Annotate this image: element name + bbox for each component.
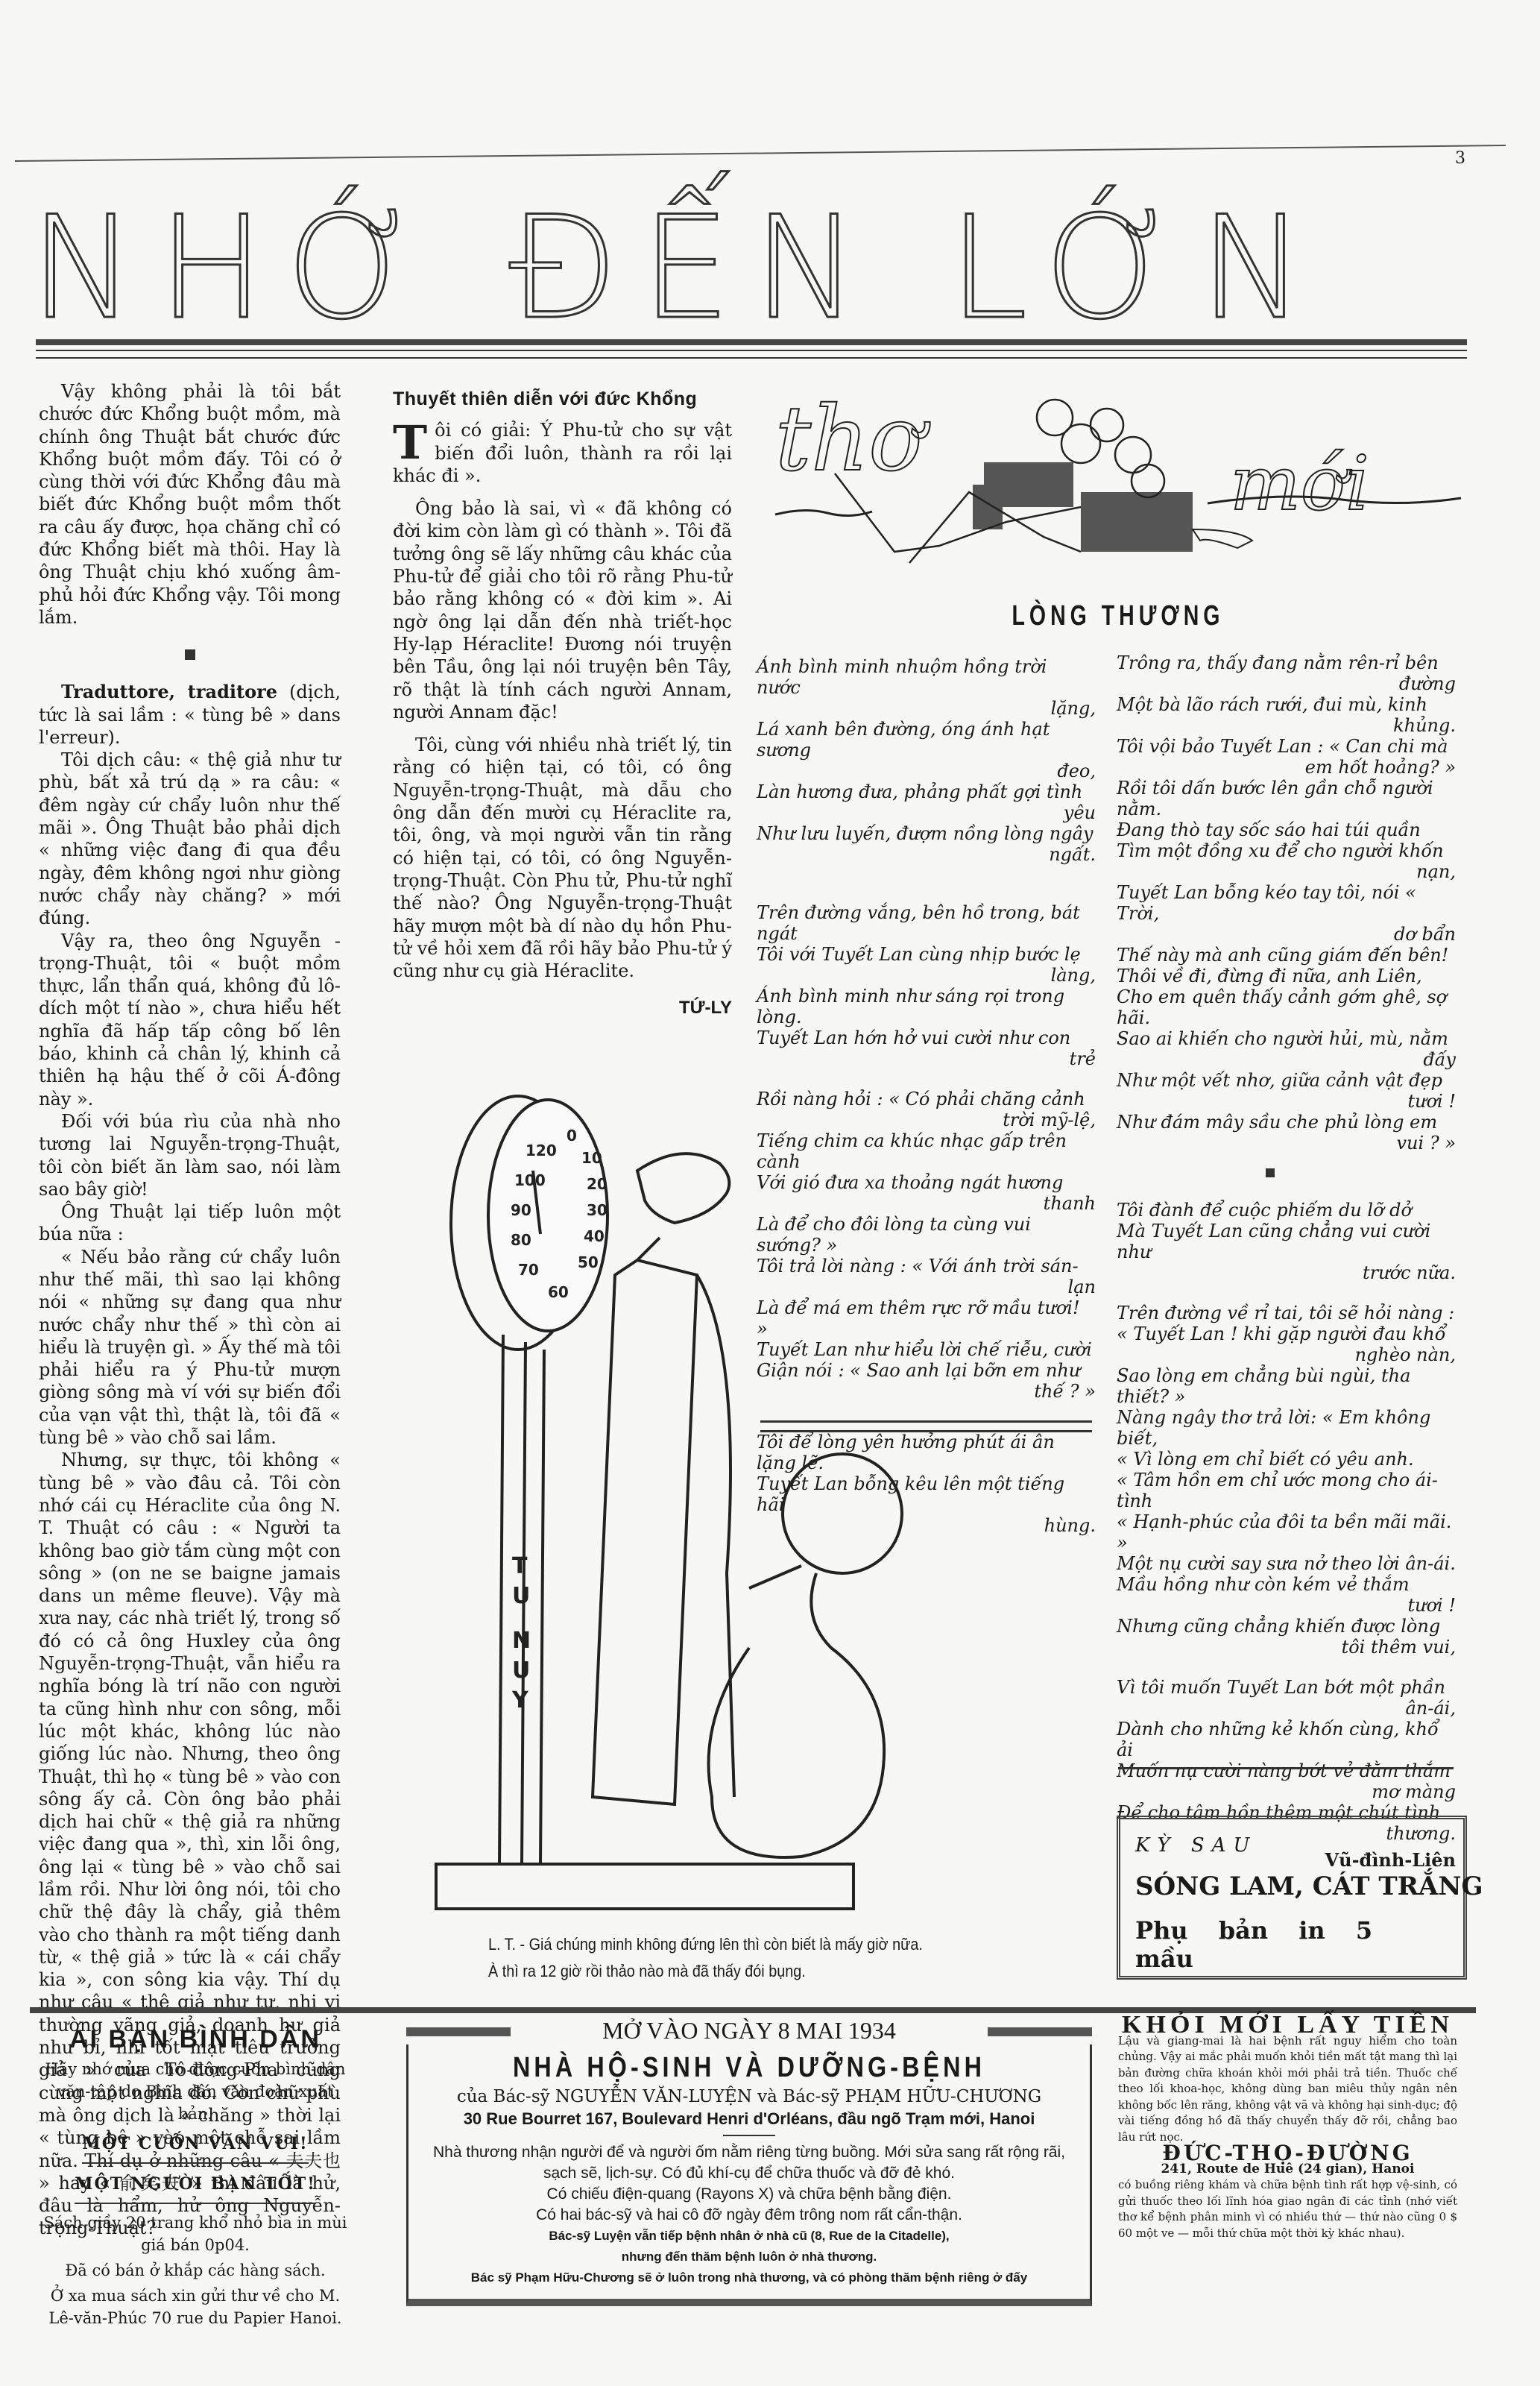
- article-column-1: Vậy không phải là tôi bắt chước đức Khổn…: [39, 380, 341, 2240]
- poem-line: Tôi vội bảo Tuyết Lan : « Can chi mà: [1117, 736, 1456, 757]
- poem-line: Cho em quên thấy cảnh gớm ghê, sợ hãi.: [1117, 986, 1456, 1028]
- poem-line: Tôi với Tuyết Lan cùng nhịp bước lẹ: [757, 944, 1096, 965]
- ad-availability: Đã có bán ở khắp các hàng sách.: [39, 2259, 352, 2282]
- poem-line: Tìm một đồng xu để cho người khốn: [1117, 840, 1456, 861]
- svg-text:10: 10: [581, 1149, 602, 1167]
- drop-cap: T: [393, 424, 427, 462]
- poem-line: Ánh bình minh như sáng rọi trong lòng.: [757, 986, 1096, 1027]
- top-rule: [15, 145, 1506, 162]
- poem-line: Rồi tôi dấn bước lên gần chỗ người nằm.: [1117, 778, 1456, 819]
- page-number: 3: [1455, 149, 1465, 168]
- poem-line: Ánh bình minh nhuộm hồng trời nước: [757, 656, 1096, 698]
- poem-line: Sao lòng em chẳng bùi ngùi, tha thiết? »: [1117, 1365, 1456, 1407]
- masthead-rules: [36, 339, 1467, 359]
- poem-line: Thôi về đi, đừng đi nữa, anh Liên,: [1117, 966, 1456, 986]
- ad-doctors: của Bác-sỹ NGUYỄN VĂN-LUYỆN và Bác-sỹ PH…: [417, 2087, 1081, 2106]
- cartoon-caption: L. T. - Giá chúng minh không đứng lên th…: [488, 1931, 1038, 1985]
- right-column-divider: [1118, 1767, 1454, 1769]
- stanza: Ánh bình minh nhuộm hồng trời nướclặng, …: [757, 656, 1096, 865]
- svg-text:120: 120: [526, 1142, 557, 1159]
- poem-column-b: Trông ra, thấy đang nằm rên-rỉ bênđường …: [1117, 652, 1456, 1871]
- ad-intro: Hãy nhớ mua cho được cuốn bình-dân văn-t…: [39, 2058, 352, 2125]
- section-heading-paragraph: Traduttore, traditore (dịch, tức là sai …: [39, 681, 341, 749]
- ad-box: NHÀ HỘ-SINH VÀ DƯỠNG-BỆNH của Bác-sỹ NGU…: [406, 2045, 1092, 2306]
- poem-title: LÒNG THƯƠNG: [850, 600, 1386, 632]
- poem-line: Một nụ cười say sưa nở theo lời ân-ái.: [1117, 1553, 1456, 1574]
- article-signature: TỨ-LY: [393, 997, 732, 1019]
- paragraph: Vậy không phải là tôi bắt chước đức Khổn…: [39, 380, 341, 629]
- ad-binh-dan: AI BẠN BÌNH DÂN Hãy nhớ mua cho được cuố…: [39, 2028, 352, 2332]
- poem-section-title-word2: mới: [1230, 440, 1369, 527]
- svg-text:50: 50: [578, 1253, 599, 1271]
- poem-line: Sao ai khiến cho người hủi, mù, nằm: [1117, 1028, 1456, 1049]
- next-issue-box: KỲ SAU SÓNG LAM, CÁT TRẮNG Phụ bản in 5 …: [1117, 1816, 1467, 1980]
- svg-text:60: 60: [548, 1283, 569, 1301]
- svg-text:U: U: [512, 1658, 530, 1684]
- poem-line: Như đám mây sầu che phủ lòng em: [1117, 1112, 1456, 1133]
- poem-line: « Hạnh-phúc của đôi ta bền mãi mãi. »: [1117, 1511, 1456, 1553]
- next-issue-subtitle: Phụ bản in 5 mầu: [1135, 1916, 1448, 1973]
- ad-details: Sách giầy 20 trang khổ nhỏ bìa in mùi gi…: [39, 2212, 352, 2256]
- poem-line: Tôi đành để cuộc phiếm du lỡ dở: [1117, 1200, 1456, 1221]
- poem-line: Mầu hồng như còn kém vẻ thắm: [1117, 1574, 1456, 1595]
- paragraph: Ông bảo là sai, vì « đã không có đời kim…: [393, 497, 732, 723]
- scale-brand-label: T: [512, 1553, 528, 1579]
- paragraph: Đối với búa rìu của nhà nho tương lai Ng…: [39, 1110, 341, 1200]
- paragraph: Ông Thuật lại tiếp luôn một búa nữa :: [39, 1200, 341, 1246]
- poem-line: « Vì lòng em chỉ biết có yêu anh.: [1117, 1449, 1456, 1470]
- next-issue-label: KỲ SAU: [1135, 1834, 1448, 1857]
- ad-address: 241, Route de Huê (24 gian), Hanoi: [1118, 2162, 1457, 2178]
- ornament-divider: [723, 2135, 775, 2136]
- next-issue-title: SÓNG LAM, CÁT TRẮNG: [1135, 1872, 1448, 1901]
- poem-line: Trên đường vắng, bên hồ trong, bát ngát: [757, 902, 1096, 944]
- section-heading: Traduttore, traditore: [61, 681, 277, 702]
- ad-title: NHÀ HỘ-SINH VÀ DƯỠNG-BỆNH: [467, 2052, 1032, 2084]
- ad-brand: ĐỨC-THỌ-ĐƯỜNG: [1118, 2145, 1457, 2162]
- poem-line: Nhưng cũng chẳng khiến được lòng: [1117, 1616, 1456, 1637]
- paragraph: Tôi có giải: Ý Phu-tử cho sự vật biến đổ…: [393, 419, 732, 487]
- svg-text:Y: Y: [511, 1687, 529, 1713]
- cartoon-scale-illustration: 01020 304050 607080 90100120 T U N U Y: [414, 1051, 980, 1939]
- svg-text:U: U: [512, 1583, 530, 1609]
- poem-line: Mà Tuyết Lan cũng chẳng vui cười như: [1117, 1221, 1456, 1262]
- caption-line-2: À thì ra 12 giờ rồi thảo nào mà đã thấy …: [488, 1958, 1038, 1985]
- poem-line: Như một vết nhơ, giữa cảnh vật đẹp: [1117, 1070, 1456, 1091]
- svg-text:100: 100: [514, 1171, 546, 1189]
- ad-body-2: có buồng riêng khám và chữa bệnh tình rấ…: [1118, 2177, 1457, 2241]
- paragraph: Tôi dịch câu: « thệ giả như tư phù, bất …: [39, 749, 341, 929]
- ad-maternity-clinic: MỞ VÀO NGÀY 8 MAI 1934 NHÀ HỘ-SINH VÀ DƯ…: [406, 2017, 1092, 2306]
- poem-line: Làn hương đưa, phảng phất gợi tình: [757, 781, 1096, 802]
- ad-body: Lậu và giang-mai là hai bệnh rất nguy hi…: [1118, 2033, 1457, 2146]
- poem-line: Như lưu luyến, đượm nồng lòng ngây: [757, 823, 1096, 844]
- svg-text:30: 30: [587, 1201, 608, 1219]
- svg-text:20: 20: [587, 1175, 608, 1193]
- poem-line: Muốn nụ cười nàng bớt vẻ đằm thắm: [1117, 1760, 1456, 1781]
- paragraph: « Nếu bảo rằng cứ chẩy luôn như thế mãi,…: [39, 1246, 341, 1449]
- poem-line: Tuyết Lan hớn hở vui cười như con: [757, 1027, 1096, 1048]
- article-title: Thuyết thiên diễn với đức Khổng: [393, 388, 732, 410]
- stanza: Trên đường vắng, bên hồ trong, bát ngát …: [757, 902, 1096, 1069]
- ad-slogan-2: MỘT NGƯỜI BẠN TỐT!: [75, 2173, 316, 2204]
- article-column-2: Thuyết thiên diễn với đức Khổng Tôi có g…: [393, 388, 732, 1020]
- paragraph: Tôi, cùng với nhiều nhà triết lý, tin rằ…: [393, 734, 732, 982]
- poem-section-title-word1: thơ: [775, 388, 923, 491]
- ad-body: Nhà thương nhận người để và người ốm nằm…: [417, 2142, 1081, 2184]
- poem-line: Một bà lão rách rưới, đui mù, kinh: [1117, 694, 1456, 715]
- ad-slogan-1: MỘT CUỐN VĂN VUI!: [82, 2132, 308, 2164]
- poem-line: Trên đường về rỉ tai, tôi sẽ hỏi nàng :: [1117, 1303, 1456, 1323]
- svg-text:90: 90: [511, 1201, 531, 1219]
- masthead-title: NHỚ ĐẾN LỚN: [30, 201, 1468, 336]
- ad-title: AI BẠN BÌNH DÂN: [39, 2028, 352, 2050]
- ad-opening-date: MỞ VÀO NGÀY 8 MAI 1934: [406, 2017, 1092, 2045]
- poem-line: « Tuyết Lan ! khi gặp người đau khổ: [1117, 1323, 1456, 1344]
- poem-line: « Tâm hồn em chỉ ước mong cho ái-tình: [1117, 1470, 1456, 1511]
- poem-line: Thế này mà anh cũng giám đến bên!: [1117, 945, 1456, 966]
- ad-title: KHỎI MỚI LẤY TIỀN: [1118, 2017, 1457, 2033]
- poem-line: Lá xanh bên đường, óng ánh hạt sương: [757, 719, 1096, 761]
- svg-text:70: 70: [518, 1261, 539, 1279]
- caption-line-1: L. T. - Giá chúng minh không đứng lên th…: [488, 1931, 1038, 1958]
- poem-line: Trông ra, thấy đang nằm rên-rỉ bên: [1117, 652, 1456, 673]
- svg-text:N: N: [512, 1628, 531, 1654]
- poem-line: Tuyết Lan bỗng kéo tay tôi, nói « Trời,: [1117, 882, 1456, 924]
- svg-text:40: 40: [584, 1227, 605, 1245]
- section-separator: [185, 649, 195, 660]
- poem-line: Vì tôi muốn Tuyết Lan bớt một phần: [1117, 1677, 1456, 1698]
- ad-duc-tho-duong: KHỎI MỚI LẤY TIỀN Lậu và giang-mai là ha…: [1118, 2017, 1457, 2241]
- svg-text:80: 80: [511, 1231, 531, 1249]
- poem-line: Đang thò tay sốc sáo hai túi quần: [1117, 819, 1456, 840]
- ad-mail-order: Ở xa mua sách xin gửi thư về cho M. Lê-v…: [39, 2285, 352, 2329]
- stanza-separator: [1266, 1168, 1275, 1177]
- poem-line: Nàng ngây thơ trả lời: « Em không biết,: [1117, 1407, 1456, 1449]
- poem-line: Dành cho những kẻ khốn cùng, khổ ải: [1117, 1719, 1456, 1760]
- svg-text:0: 0: [567, 1127, 577, 1145]
- ad-address: 30 Rue Bourret 167, Boulevard Henri d'Or…: [417, 2109, 1081, 2129]
- paragraph: Vậy ra, theo ông Nguyễn - trọng-Thuật, t…: [39, 930, 341, 1110]
